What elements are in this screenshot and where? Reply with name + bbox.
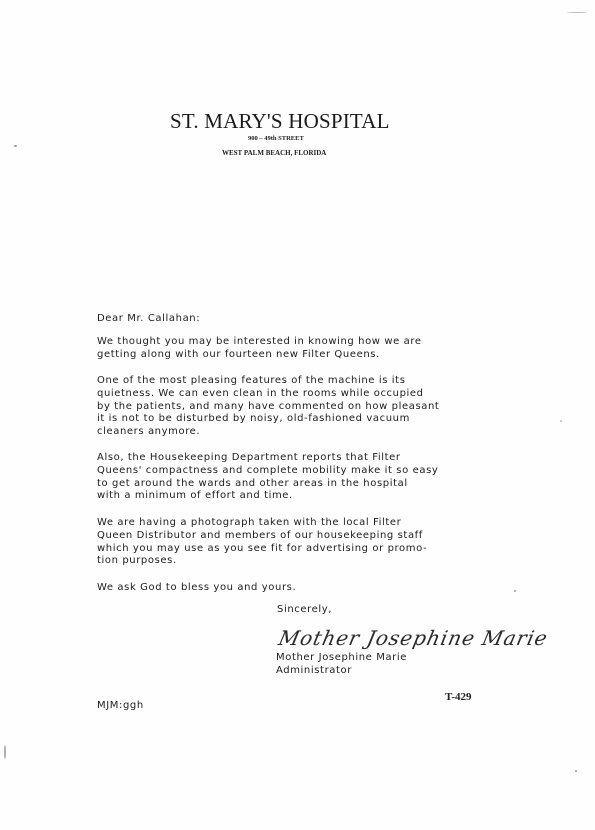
paragraph-line: with a minimum of effort and time. [97,490,438,503]
paragraph-line: to get around the wards and other areas … [97,478,438,491]
hospital-name: ST. MARY'S HOSPITAL [170,109,440,134]
paragraph-line: cleaners anymore. [97,426,439,439]
paragraph-3: Also, the Housekeeping Department report… [97,452,438,503]
letter-page: ST. MARY'S HOSPITAL 900 – 49th STREET WE… [0,0,595,830]
signer-name: Mother Josephine Marie [276,652,407,665]
paragraph-line: We ask God to bless you and yours. [97,582,296,595]
paragraph-5: We ask God to bless you and yours. [97,582,296,595]
scan-speck [567,12,587,13]
paragraph-line: We are having a photograph taken with th… [97,517,427,530]
typist-initials: MJM:ggh [97,700,144,713]
paragraph-line: Also, the Housekeeping Department report… [97,452,438,465]
scan-speck [575,770,577,772]
signer-title: Administrator [276,665,352,678]
paragraph-line: One of the most pleasing features of the… [97,375,439,388]
paragraph-line: Queen Distributor and members of our hou… [97,530,427,543]
paragraph-line: quietness. We can even clean in the room… [97,388,439,401]
paragraph-4: We are having a photograph taken with th… [97,517,427,568]
paragraph-2: One of the most pleasing features of the… [97,375,439,439]
paragraph-line: tion purposes. [97,555,427,568]
paragraph-1: We thought you may be interested in know… [97,336,422,362]
scan-speck [4,745,6,759]
paragraph-line: Queens' compactness and complete mobilit… [97,465,438,478]
document-number: T-429 [445,691,472,703]
salutation: Dear Mr. Callahan: [97,313,200,326]
scan-speck [514,590,516,592]
scan-speck [14,145,17,147]
paragraph-line: it is not to be disturbed by noisy, old-… [97,413,439,426]
scan-speck [560,420,562,422]
closing: Sincerely, [277,604,332,617]
paragraph-line: by the patients, and many have commented… [97,401,439,414]
paragraph-line: getting along with our fourteen new Filt… [97,349,422,362]
hospital-city: WEST PALM BEACH, FLORIDA [222,149,402,157]
hospital-street: 900 – 49th STREET [248,135,368,142]
handwritten-signature: Mother Josephine Marie [276,626,550,650]
paragraph-line: We thought you may be interested in know… [97,336,422,349]
paragraph-line: which you may use as you see fit for adv… [97,543,427,556]
